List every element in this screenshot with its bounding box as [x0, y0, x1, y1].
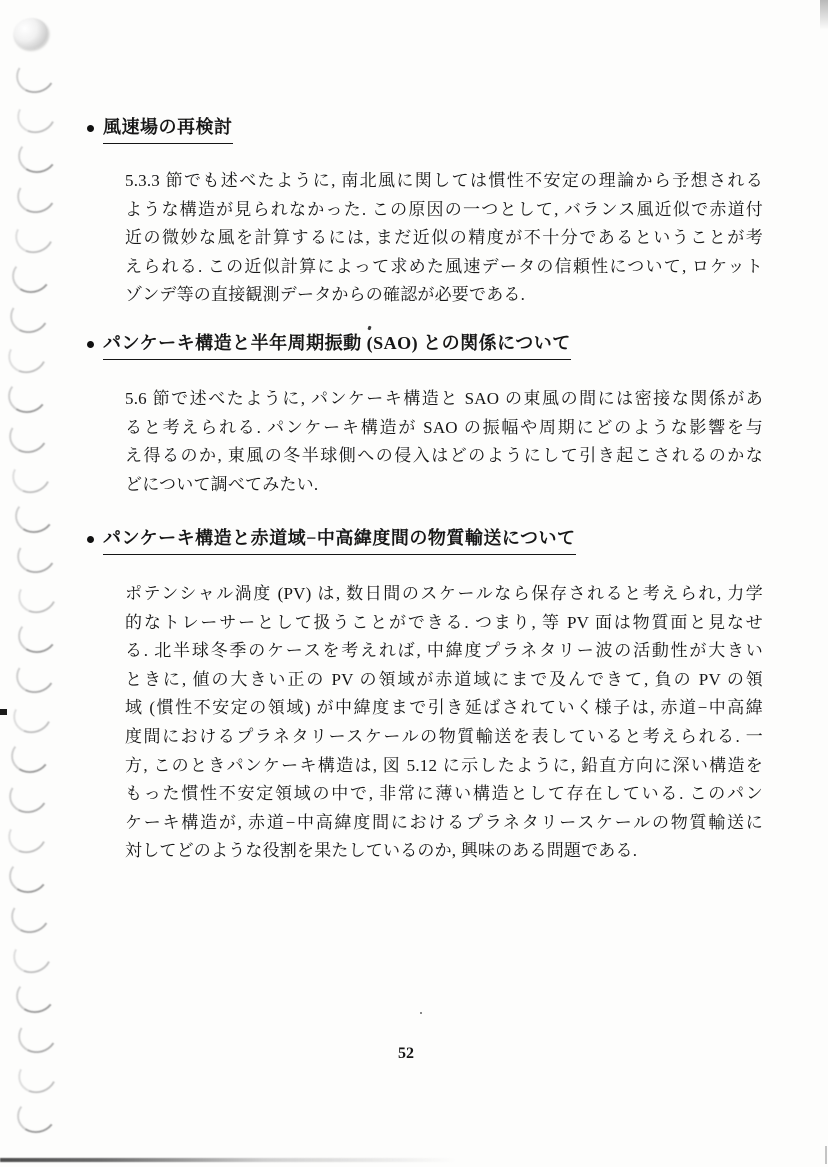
scan-edge-mark: [825, 1146, 827, 1164]
binding-hole: [13, 975, 57, 1016]
binding-hole: [5, 375, 49, 416]
binding-hole: [3, 332, 52, 378]
paragraph-line: 近の微妙な風を計算するには, まだ近似の精度が不十分であるということが考: [125, 224, 763, 253]
paragraph-line: ポテンシャル渦度 (PV) は, 数日間のスケールなら保存されると考えられ, 力…: [125, 580, 763, 609]
paragraph-line: えられる. この近似計算によって求めた風速データの信頼性について, ロケット: [125, 253, 763, 282]
section-paragraph: 5.6 節で述べたように, パンケーキ構造と SAO の東風の間には密接な関係が…: [125, 385, 763, 499]
binding-hole: [6, 294, 53, 338]
binding-hole: [7, 452, 56, 498]
bullet-icon: [87, 536, 94, 543]
paragraph-line: 域 (慣性不安定の領域) が中緯度まで引き延ばされていく様子は, 赤道−中高緯: [125, 694, 763, 723]
paragraph-line: ケーキ構造が, 赤道−中高緯度間におけるプラネタリースケールの物質輸送に: [125, 809, 763, 838]
binding-hole: [15, 615, 59, 656]
section-heading-wind-field: 風速場の再検討: [87, 113, 233, 144]
spiral-binding: [0, 0, 70, 1167]
paragraph-line: 的なトレーサーとして扱うことができる. つまり, 等 PV 面は物質面と見なせ: [125, 609, 763, 638]
paragraph-line: 5.6 節で述べたように, パンケーキ構造と SAO の東風の間には密接な関係が…: [125, 385, 763, 414]
scan-edge-shadow: [820, 0, 828, 30]
scanned-document-page: 風速場の再検討 5.3.3 節でも述べたように, 南北風に関しては慣性不安定の理…: [0, 0, 828, 1167]
paragraph-line: 対してどのような役割を果たしているのか, 興味のある問題である.: [125, 837, 763, 866]
binding-hole: [7, 894, 54, 938]
section-heading-text: パンケーキ構造と赤道域−中高緯度間の物質輸送について: [103, 524, 576, 555]
section-paragraph: ポテンシャル渦度 (PV) は, 数日間のスケールなら保存されると考えられ, 力…: [125, 580, 763, 866]
binding-hole: [14, 1095, 58, 1136]
binding-hole: [12, 495, 56, 536]
scan-speck: [420, 1012, 422, 1014]
binding-hole: [13, 174, 60, 218]
paragraph-line: どについて調べてみたい.: [125, 471, 763, 500]
paragraph-line: 5.3.3 節でも述べたように, 南北風に関しては慣性不安定の理論から予想される: [125, 167, 763, 196]
paragraph-line: る. 北半球冬季のケースを考えれば, 中緯度プラネタリー波の活動性が大きい: [125, 637, 763, 666]
paragraph-line: ゾンデ等の直接観測データからの確認が必要である.: [125, 281, 763, 310]
paragraph-line: 度間におけるプラネタリースケールの物質輸送を表していると考えられる. 一: [125, 723, 763, 752]
binding-hole: [13, 534, 60, 578]
paragraph-line: ると考えられる. パンケーキ構造が SAO の振幅や周期にどのような影響を与: [125, 414, 763, 443]
section-heading-material-transport: パンケーキ構造と赤道域−中高緯度間の物質輸送について: [87, 524, 576, 555]
scan-left-mark: [0, 709, 7, 715]
section-heading-text: パンケーキ構造と半年周期振動 (SAO) との関係について: [103, 329, 571, 360]
scan-bottom-line: [0, 1158, 828, 1162]
binding-hole: [12, 654, 59, 698]
binding-hole: [15, 135, 59, 176]
paragraph-line: 方, このときパンケーキ構造は, 図 5.12 に示したように, 鉛直方向に深い…: [125, 752, 763, 781]
section-heading-text: 風速場の再検討: [103, 113, 233, 144]
paragraph-line: もった慣性不安定領域の中で, 非常に薄い構造として存在している. このパン: [125, 780, 763, 809]
binding-hole: [8, 735, 52, 776]
binding-hole: [8, 932, 57, 978]
section-paragraph: 5.3.3 節でも述べたように, 南北風に関しては慣性不安定の理論から予想される…: [125, 167, 763, 310]
scan-speck: [683, 185, 686, 187]
page-number: 52: [0, 1045, 812, 1063]
paragraph-line: ときに, 値の大きい正の PV の領域が赤道域にまで及んできて, 負の PV の…: [125, 666, 763, 695]
binding-hole: [10, 212, 59, 258]
binding-hole: [13, 572, 62, 618]
binding-hole: [5, 414, 52, 458]
binding-hole: [10, 14, 51, 53]
section-heading-sao-relation: パンケーキ構造と半年周期振動 (SAO) との関係について: [87, 329, 571, 360]
binding-hole: [12, 92, 61, 138]
binding-hole: [8, 692, 57, 738]
paragraph-line: ような構造が見られなかった. この原因の一つとして, バランス風近似で赤道付: [125, 196, 763, 225]
binding-hole: [9, 255, 53, 296]
bullet-icon: [87, 125, 94, 132]
binding-hole: [5, 774, 52, 818]
binding-hole: [12, 54, 59, 98]
bullet-icon: [87, 341, 94, 348]
binding-hole: [6, 855, 50, 896]
binding-hole: [3, 812, 52, 858]
paragraph-line: え得るのか, 東風の冬半球側への侵入はどのようにして引き起こされるのかな: [125, 442, 763, 471]
